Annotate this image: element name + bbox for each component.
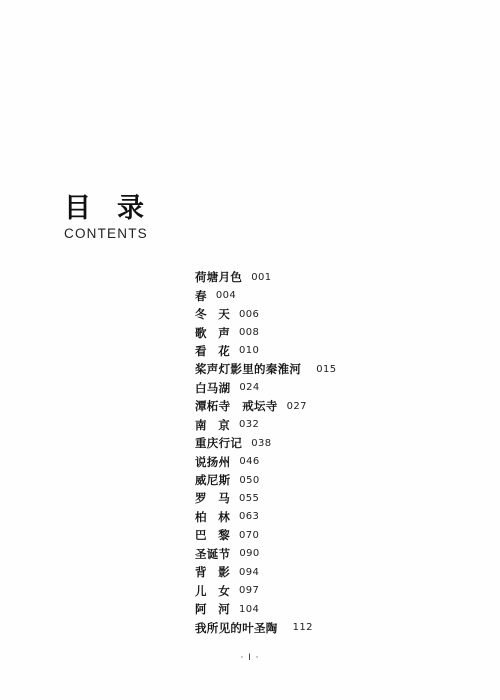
title-char: 马: [218, 490, 230, 506]
toc-entry[interactable]: 儿 女 097: [195, 581, 337, 599]
toc-entry-page: 015: [316, 364, 336, 375]
toc-entry-title: 重庆行记: [195, 435, 242, 451]
toc-entry-page: 046: [239, 456, 259, 467]
toc-entry-title: 我所见的叶圣陶: [195, 620, 278, 636]
toc-entry[interactable]: 看 花 010: [195, 342, 337, 360]
title-char: 冬: [195, 306, 207, 322]
toc-entry-title: 圣诞节: [195, 546, 230, 562]
toc-entry-title: 桨声灯影里的秦淮河: [195, 361, 301, 377]
toc-entry-page: 004: [216, 290, 236, 301]
toc-entry[interactable]: 柏 林 063: [195, 508, 337, 526]
title-char: 看: [195, 343, 207, 359]
toc-entry-page: 050: [239, 475, 259, 486]
title-char: 巴: [195, 527, 207, 543]
toc-entry[interactable]: 罗 马 055: [195, 489, 337, 507]
toc-entry[interactable]: 春 004: [195, 286, 337, 304]
toc-entry[interactable]: 巴 黎 070: [195, 526, 337, 544]
toc-entry-title: 南 京: [195, 417, 230, 433]
toc-entry-page: 006: [239, 309, 259, 320]
toc-entry-title: 冬 天: [195, 306, 230, 322]
toc-entry-page: 008: [239, 327, 259, 338]
toc-entry-title: 看 花: [195, 343, 230, 359]
toc-entry-page: 001: [251, 272, 271, 283]
toc-entry[interactable]: 荷塘月色 001: [195, 268, 337, 286]
toc-entry[interactable]: 背 影 094: [195, 563, 337, 581]
toc-entry-title: 荷塘月色: [195, 269, 242, 285]
toc-entry[interactable]: 潭柘寺 戒坛寺 027: [195, 397, 337, 415]
title-char: 儿: [195, 583, 207, 599]
title-char: 柏: [195, 509, 207, 525]
toc-entry-page: 032: [239, 419, 259, 430]
toc-entry-title: 巴 黎: [195, 527, 230, 543]
toc-entry[interactable]: 歌 声 008: [195, 323, 337, 341]
toc-entry[interactable]: 桨声灯影里的秦淮河 015: [195, 360, 337, 378]
title-char: 歌: [195, 325, 207, 341]
toc-entry-title: 潭柘寺 戒坛寺: [195, 398, 278, 414]
title-char: 背: [195, 564, 207, 580]
toc-entry-page: 090: [239, 548, 259, 559]
contents-heading: 目 录 CONTENTS: [64, 194, 148, 242]
title-char: 声: [218, 325, 230, 341]
toc-entry-title: 春: [195, 288, 207, 304]
toc-entry-title: 威尼斯: [195, 472, 230, 488]
toc-entry-page: 010: [239, 345, 259, 356]
toc-entry-title: 背 影: [195, 564, 230, 580]
title-char: 林: [218, 509, 230, 525]
title-char: 罗: [195, 490, 207, 506]
toc-entry-title: 说扬州: [195, 454, 230, 470]
toc-entry-title: 阿 河: [195, 601, 230, 617]
toc-entry[interactable]: 白马湖 024: [195, 379, 337, 397]
toc-entry-title: 柏 林: [195, 509, 230, 525]
toc-entry[interactable]: 说扬州 046: [195, 452, 337, 470]
toc-entry-page: 097: [239, 585, 259, 596]
toc-entry-title: 歌 声: [195, 325, 230, 341]
toc-entry[interactable]: 重庆行记 038: [195, 434, 337, 452]
toc-entry-page: 038: [251, 438, 271, 449]
title-char: 南: [195, 417, 207, 433]
page-subtitle: CONTENTS: [64, 226, 148, 242]
toc-entry-page: 104: [239, 604, 259, 615]
table-of-contents: 荷塘月色 001 春 004 冬 天 006 歌 声 008 看 花: [195, 268, 337, 637]
toc-entry[interactable]: 圣诞节 090: [195, 545, 337, 563]
book-page: 目 录 CONTENTS 荷塘月色 001 春 004 冬 天 006 歌 声 …: [0, 0, 500, 700]
toc-entry-title: 白马湖: [195, 380, 230, 396]
toc-entry[interactable]: 我所见的叶圣陶 112: [195, 618, 337, 636]
title-char: 录: [117, 194, 144, 224]
title-char: 影: [218, 564, 230, 580]
title-char: 花: [218, 343, 230, 359]
toc-entry-page: 070: [239, 530, 259, 541]
toc-entry[interactable]: 阿 河 104: [195, 600, 337, 618]
toc-entry[interactable]: 南 京 032: [195, 416, 337, 434]
toc-entry-page: 094: [239, 567, 259, 578]
title-char: 黎: [218, 527, 230, 543]
title-char: 天: [218, 306, 230, 322]
toc-entry-title: 罗 马: [195, 490, 230, 506]
toc-entry-page: 055: [239, 493, 259, 504]
toc-entry-page: 112: [293, 622, 313, 633]
title-char: 目: [64, 194, 91, 224]
toc-entry[interactable]: 冬 天 006: [195, 305, 337, 323]
title-char: 京: [218, 417, 230, 433]
toc-entry-page: 063: [239, 511, 259, 522]
page-title: 目 录: [64, 194, 144, 224]
title-char: 女: [218, 583, 230, 599]
title-char: 阿: [195, 601, 207, 617]
toc-entry-title: 儿 女: [195, 583, 230, 599]
toc-entry-page: 024: [239, 382, 259, 393]
title-char: 河: [218, 601, 230, 617]
toc-entry-page: 027: [287, 401, 307, 412]
page-number: · I ·: [0, 653, 500, 663]
toc-entry[interactable]: 威尼斯 050: [195, 471, 337, 489]
